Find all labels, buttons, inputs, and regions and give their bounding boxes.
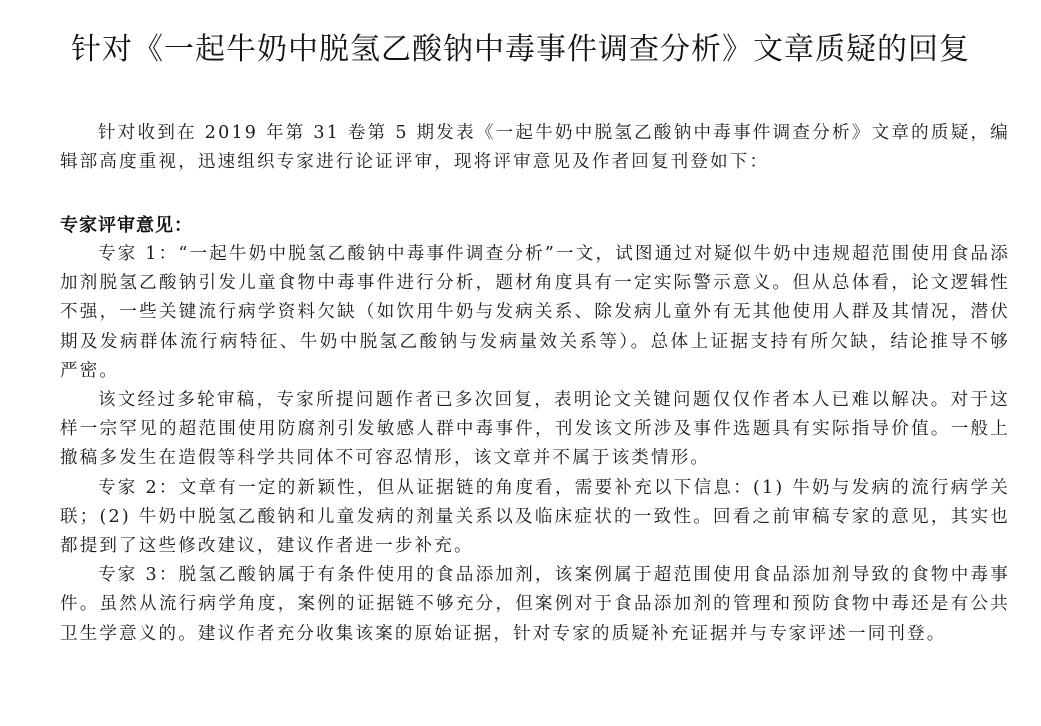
expert-1-followup: 该文经过多轮审稿，专家所提问题作者已多次回复，表明论文关键问题仅仅作者本人已难以… xyxy=(60,386,1010,474)
document-page: 针对《一起牛奶中脱氢乙酸钠中毒事件调查分析》文章质疑的回复 针对收到在 2019… xyxy=(0,0,1041,726)
expert-opinions: 专家 1：“一起牛奶中脱氢乙酸钠中毒事件调查分析”一文，试图通过对疑似牛奶中违规… xyxy=(60,240,1010,649)
intro-paragraph: 针对收到在 2019 年第 31 卷第 5 期发表《一起牛奶中脱氢乙酸钠中毒事件… xyxy=(60,119,1010,177)
document-title: 针对《一起牛奶中脱氢乙酸钠中毒事件调查分析》文章质疑的回复 xyxy=(0,28,1041,72)
section-heading-expert-review: 专家评审意见： xyxy=(60,212,193,240)
expert-3-opinion: 专家 3：脱氢乙酸钠属于有条件使用的食品添加剂，该案例属于超范围使用食品添加剂导… xyxy=(60,561,1010,649)
expert-1-opinion: 专家 1：“一起牛奶中脱氢乙酸钠中毒事件调查分析”一文，试图通过对疑似牛奶中违规… xyxy=(60,240,1010,386)
expert-2-opinion: 专家 2：文章有一定的新颖性，但从证据链的角度看，需要补充以下信息：(1) 牛奶… xyxy=(60,474,1010,562)
